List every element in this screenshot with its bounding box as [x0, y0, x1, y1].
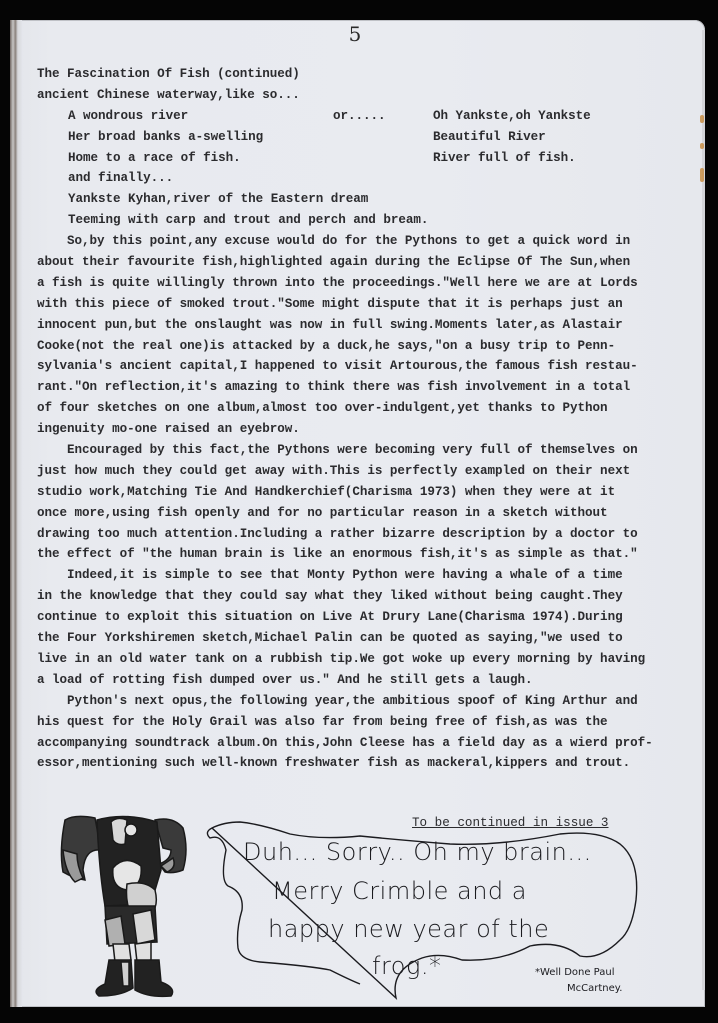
paragraph-line: once more,using fish openly and for no p…	[37, 503, 697, 524]
paragraph-line: essor,mentioning such well-known freshwa…	[37, 753, 697, 774]
poem-finally: and finally...	[37, 168, 697, 189]
poem-right-line: Beautiful River	[433, 127, 546, 148]
rust-stain-icon	[700, 143, 704, 149]
paragraph-line: just how much they could get away with.T…	[37, 461, 697, 482]
intro-line: ancient Chinese waterway,like so...	[37, 85, 697, 106]
paragraph-line: innocent pun,but the onslaught was now i…	[37, 315, 697, 336]
page-number: 5	[340, 22, 370, 46]
paragraph-line: Encouraged by this fact,the Pythons were…	[37, 440, 697, 461]
paragraph-line: in the knowledge that they could say wha…	[37, 586, 697, 607]
gumby-figure-icon	[55, 810, 205, 1015]
poem-right-line: Oh Yankste,oh Yankste	[433, 106, 591, 127]
paragraph-line: with this piece of smoked trout."Some mi…	[37, 294, 697, 315]
paragraph-line: drawing too much attention.Including a r…	[37, 524, 697, 545]
speech-line: happy new year of the	[268, 915, 549, 943]
paragraph-line: a fish is quite willingly thrown into th…	[37, 273, 697, 294]
article-title: The Fascination Of Fish (continued)	[37, 64, 697, 85]
paragraph-line: of four sketches on one album,almost too…	[37, 398, 697, 419]
rust-stain-icon	[700, 115, 704, 123]
paragraph-line: sylvania's ancient capital,I happened to…	[37, 356, 697, 377]
poem-left-line: Home to a race of fish.	[37, 148, 333, 169]
poem-right-line: River full of fish.	[433, 148, 576, 169]
rust-stain-icon	[700, 168, 704, 182]
paragraph-line: the effect of "the human brain is like a…	[37, 544, 697, 565]
poem-row: Home to a race of fish. River full of fi…	[37, 148, 697, 169]
paragraph-line: the Four Yorkshiremen sketch,Michael Pal…	[37, 628, 697, 649]
zine-page: 5 The Fascination Of Fish (continued) an…	[10, 20, 705, 1007]
footnote-line: McCartney.	[567, 981, 622, 996]
article-paragraphs: So,by this point,any excuse would do for…	[37, 231, 697, 774]
poem-closing-line: Yankste Kyhan,river of the Eastern dream	[37, 189, 697, 210]
poem-closing-line: Teeming with carp and trout and perch an…	[37, 210, 697, 231]
paragraph-line: rant."On reflection,it's amazing to thin…	[37, 377, 697, 398]
paragraph-line: Indeed,it is simple to see that Monty Py…	[37, 565, 697, 586]
paragraph-line: a load of rotting fish dumped over us." …	[37, 670, 697, 691]
poem-row: Her broad banks a-swelling Beautiful Riv…	[37, 127, 697, 148]
poem-left-line: A wondrous river	[37, 106, 333, 127]
paragraph-line: his quest for the Holy Grail was also fa…	[37, 712, 697, 733]
footnote-line: *Well Done Paul	[535, 965, 615, 980]
speech-line: Merry Crimble and a	[272, 877, 527, 905]
staple-binding	[10, 20, 22, 1007]
paragraph-line: So,by this point,any excuse would do for…	[37, 231, 697, 252]
paragraph-line: Python's next opus,the following year,th…	[37, 691, 697, 712]
paragraph-line: accompanying soundtrack album.On this,Jo…	[37, 733, 697, 754]
paragraph-line: Cooke(not the real one)is attacked by a …	[37, 336, 697, 357]
paragraph-line: live in an old water tank on a rubbish t…	[37, 649, 697, 670]
poem-row: A wondrous river or..... Oh Yankste,oh Y…	[37, 106, 697, 127]
poem-left-line: Her broad banks a-swelling	[37, 127, 333, 148]
article-body: The Fascination Of Fish (continued) anci…	[37, 64, 697, 774]
paragraph-line: studio work,Matching Tie And Handkerchie…	[37, 482, 697, 503]
poem-separator: or.....	[333, 106, 433, 127]
speech-line: Duh... Sorry.. Oh my brain...	[243, 838, 592, 866]
paragraph-line: continue to exploit this situation on Li…	[37, 607, 697, 628]
speech-line: frog.*	[372, 952, 442, 980]
paragraph-line: about their favourite fish,highlighted a…	[37, 252, 697, 273]
paragraph-line: ingenuity mo-one raised an eyebrow.	[37, 419, 697, 440]
